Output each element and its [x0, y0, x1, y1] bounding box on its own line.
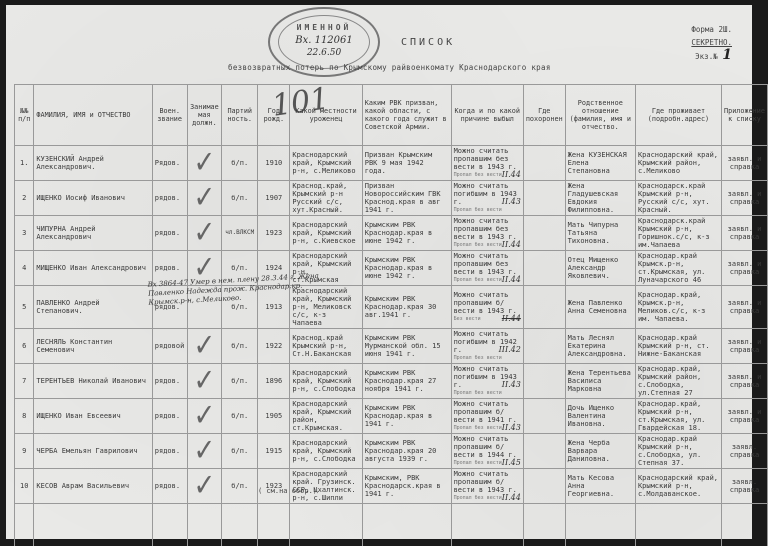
- table-row: 1. КУЗЕНСКИЙ Андрей Александрович. Рядов…: [15, 146, 768, 181]
- col-party: Партий ность.: [222, 85, 258, 146]
- form-info: Форма 2Ш. СЕКРЕТНО. Экз.№ 1: [691, 23, 732, 63]
- table-row: 10 КЕСОВ Аврам Васильевич рядов. ✓ б/п. …: [15, 469, 768, 504]
- table-row: 6 ЛЕСНЯЛЬ Константин Семенович рядовой ✓…: [15, 329, 768, 364]
- missing-stamp: Пропал без вести: [454, 354, 521, 362]
- check-mark-icon: ✓: [194, 474, 216, 498]
- table-row: 8 ИЩЕНКО Иван Евсеевич рядов. ✓ б/п. 190…: [15, 399, 768, 434]
- roman-code: II.43: [502, 424, 521, 432]
- roman-code: II.44: [502, 276, 521, 284]
- check-mark-icon: ✓: [194, 221, 216, 245]
- footer-note: ( см.на обор.): [258, 487, 317, 495]
- col-birthplace: Какой местности уроженец: [290, 85, 362, 146]
- col-relative: Родственное отношение (фамилия, имя и от…: [565, 85, 635, 146]
- document-subtitle: безвозвратных потерь по Крымскому райвое…: [228, 63, 551, 72]
- stamp-header: ИМЕННОЙ: [270, 23, 378, 32]
- col-name: ФАМИЛИЯ, ИМЯ и ОТЧЕСТВО: [34, 85, 152, 146]
- table-header: №№ п/п ФАМИЛИЯ, ИМЯ и ОТЧЕСТВО Воен. зва…: [15, 85, 768, 146]
- losses-table: №№ п/п ФАМИЛИЯ, ИМЯ и ОТЧЕСТВО Воен. зва…: [14, 84, 768, 546]
- col-birth-year: Год рожд.: [258, 85, 290, 146]
- document-title: СПИСОК: [401, 37, 455, 48]
- form-label: Форма 2Ш.: [691, 23, 732, 36]
- col-position: Занимае мая должн.: [187, 85, 222, 146]
- col-drafted: Каким РВК призван, какой области, с како…: [362, 85, 451, 146]
- roman-code: II.44: [502, 494, 521, 502]
- missing-stamp: Пропал без вести: [454, 206, 521, 214]
- table-row: 7 ТЕРЕНТЬЕВ Николай Иванович рядов. ✓ б/…: [15, 364, 768, 399]
- roman-code: II.44: [502, 315, 521, 323]
- roman-code: II.43: [502, 381, 521, 389]
- roman-code: II.44: [502, 241, 521, 249]
- check-mark-icon: ✓: [194, 151, 216, 175]
- table-row: 5 ПАВЛЕНКО Андрей Степанович. рядов. б/п…: [15, 286, 768, 329]
- copy-label: Экз.№: [695, 52, 718, 61]
- col-fate: Когда и по какой причине выбыл: [451, 85, 523, 146]
- col-number: №№ п/п: [15, 85, 34, 146]
- stamp-number: Вх. 112061: [270, 35, 378, 46]
- roman-code: II.43: [502, 198, 521, 206]
- copy-number: Экз.№ 1: [691, 49, 732, 63]
- check-mark-icon: ✓: [194, 369, 216, 393]
- table-row-empty: [15, 504, 768, 546]
- check-mark-icon: ✓: [194, 334, 216, 358]
- missing-stamp: Пропал без вести: [454, 389, 521, 397]
- roman-code: III.42: [499, 346, 521, 354]
- col-burial: Где похоронен: [523, 85, 565, 146]
- stamp-date: 22.6.50: [270, 48, 378, 58]
- col-address: Где проживает (подробн.адрес): [635, 85, 721, 146]
- check-mark-icon: ✓: [194, 186, 216, 210]
- table-row: 3 ЧИПУРНА Андрей Александрович рядов. ✓ …: [15, 216, 768, 251]
- check-mark-icon: ✓: [194, 404, 216, 428]
- col-attachment: Приложение к списку: [722, 85, 768, 146]
- roman-code: II.45: [502, 459, 521, 467]
- table-row: 2 ИЩЕНКО Иосиф Иванович рядов. ✓ б/п. 19…: [15, 181, 768, 216]
- col-rank: Воен. звание: [152, 85, 187, 146]
- table-row: 9 ЧЕРБА Емельян Гаврилович рядов. ✓ б/п.…: [15, 434, 768, 469]
- check-mark-icon: ✓: [194, 439, 216, 463]
- table-row: 4 МИЩЕНКО Иван Александрович рядов. ✓ б/…: [15, 251, 768, 286]
- roman-code: II.44: [502, 171, 521, 179]
